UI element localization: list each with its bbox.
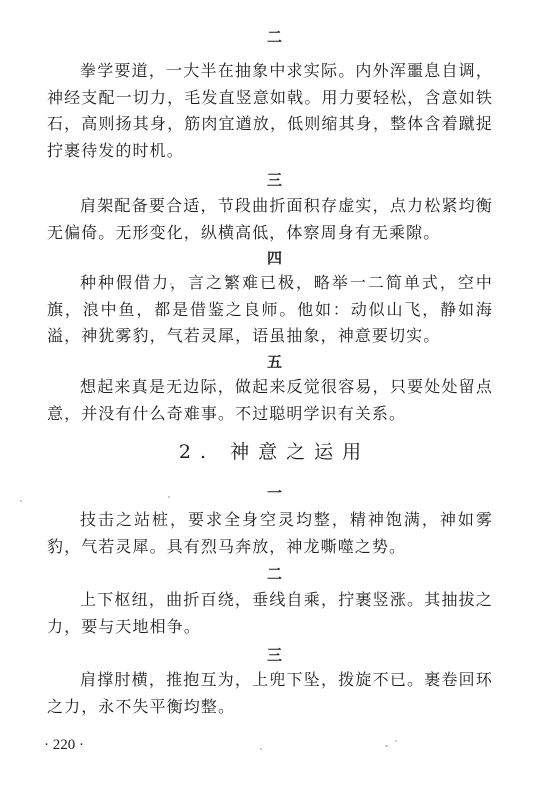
- scan-speck: [20, 500, 22, 502]
- item-heading-5: 五: [0, 353, 549, 371]
- book-page: 二 拳学要道，一大半在抽象中求实际。内外浑噩息自调，神经支配一切力，毛发直竖意如…: [0, 0, 549, 800]
- paragraph: 技击之站桩，要求全身空灵均整，精神饱满，神如雾豹，气若灵犀。具有烈马奔放，神龙嘶…: [47, 507, 493, 560]
- item-heading-3b: 三: [0, 646, 549, 664]
- paragraph: 上下枢纽，曲折百绕，垂线自乘，拧裹竖涨。其抽拔之力，要与天地相争。: [47, 587, 493, 640]
- item-heading-1: 一: [0, 484, 549, 502]
- scan-speck: [168, 496, 170, 498]
- item-heading-3: 三: [0, 171, 549, 189]
- paragraph: 种种假借力，言之繁难已极，略举一二简单式，空中旗，浪中鱼，都是借鉴之良师。他如：…: [47, 270, 493, 350]
- section-title: 2. 神意之运用: [0, 440, 549, 464]
- item-heading-4: 四: [0, 249, 549, 267]
- scan-speck: [170, 283, 172, 285]
- item-heading-2: 二: [0, 28, 549, 46]
- item-heading-2b: 二: [0, 565, 549, 583]
- paragraph: 拳学要道，一大半在抽象中求实际。内外浑噩息自调，神经支配一切力，毛发直竖意如戟。…: [47, 58, 493, 164]
- paragraph: 想起来真是无边际，做起来反觉很容易，只要处处留点意，并没有什么奇难事。不过聪明学…: [47, 374, 493, 427]
- paragraph: 肩撑肘横，推抱互为，上兜下坠，拨旋不已。裹卷回环之力，永不失平衡均整。: [47, 667, 493, 720]
- page-number: · 220 ·: [44, 736, 84, 754]
- scan-speck: [260, 748, 262, 750]
- paragraph: 肩架配备要合适，节段曲折面积存虚实，点力松紧均衡无偏倚。无形变化，纵横高低，体察…: [47, 193, 493, 246]
- scan-speck: [385, 745, 388, 747]
- scan-speck: [395, 740, 397, 742]
